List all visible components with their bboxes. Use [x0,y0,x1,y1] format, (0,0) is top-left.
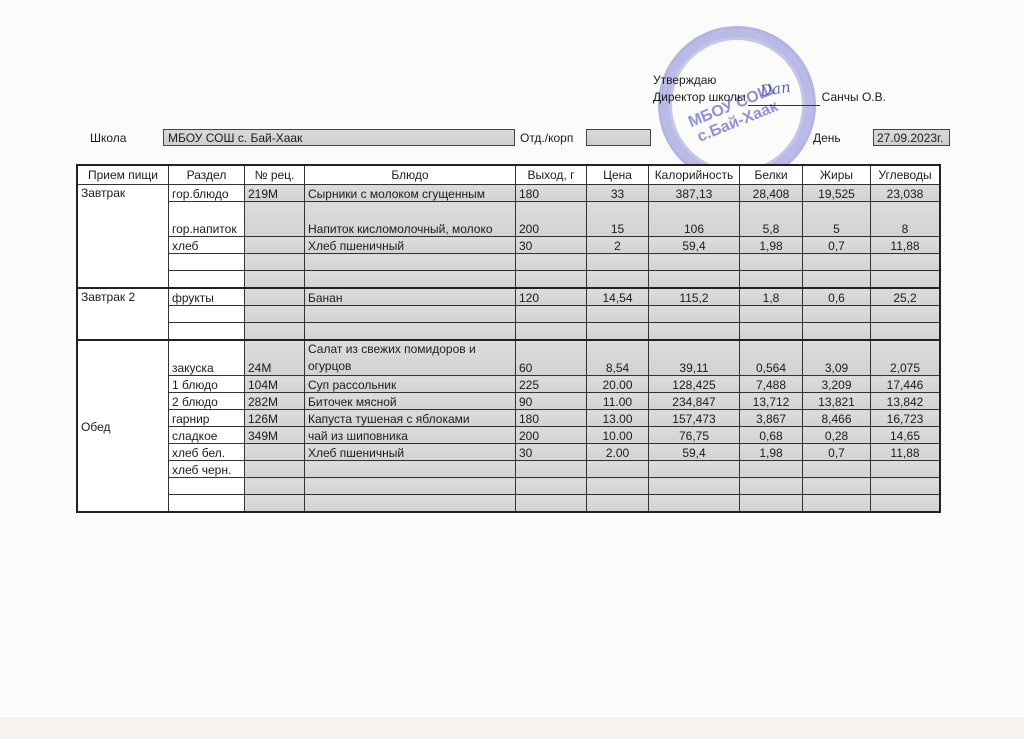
recipe-cell: 126М [245,410,305,427]
protein-cell [740,306,803,323]
yield-cell [516,306,587,323]
section-cell: сладкое [169,427,245,444]
price-cell [587,254,649,271]
yield-cell [516,478,587,495]
yield-cell [516,271,587,289]
yield-cell: 200 [516,427,587,444]
section-cell: гарнир [169,410,245,427]
recipe-cell [245,202,305,237]
protein-cell: 13,712 [740,393,803,410]
col-yield: Выход, г [516,165,587,185]
table-row [77,323,940,341]
section-cell: закуска [169,340,245,376]
carbs-cell: 11,88 [871,237,941,254]
dish-cell [305,306,516,323]
protein-cell [740,461,803,478]
kcal-cell: 39,11 [649,340,740,376]
col-recipe: № рец. [245,165,305,185]
protein-cell: 3,867 [740,410,803,427]
section-cell: хлеб [169,237,245,254]
carbs-cell: 11,88 [871,444,941,461]
kcal-cell [649,271,740,289]
yield-cell: 30 [516,444,587,461]
dept-label: Отд./корп [520,131,573,145]
meal-cell: Обед [77,340,169,512]
dish-cell: Капуста тушеная с яблоками [305,410,516,427]
recipe-cell [245,461,305,478]
table-row: 2 блюдо282МБиточек мясной9011.00234,8471… [77,393,940,410]
dish-cell: Салат из свежих помидоров и огурцов [305,340,516,376]
header-row: Школа МБОУ СОШ с. Бай-Хаак Отд./корп Ден… [0,129,1024,147]
price-cell: 13.00 [587,410,649,427]
carbs-cell: 17,446 [871,376,941,393]
section-cell [169,323,245,341]
kcal-cell: 234,847 [649,393,740,410]
carbs-cell [871,478,941,495]
price-cell [587,271,649,289]
yield-cell: 180 [516,410,587,427]
table-row: гор.напитокНапиток кисломолочный, молоко… [77,202,940,237]
kcal-cell: 157,473 [649,410,740,427]
protein-cell [740,323,803,341]
carbs-cell: 14,65 [871,427,941,444]
section-cell: хлеб бел. [169,444,245,461]
price-cell: 8,54 [587,340,649,376]
table-row: Обедзакуска24МСалат из свежих помидоров … [77,340,940,376]
section-cell [169,306,245,323]
table-row: Завтрак 2фруктыБанан12014,54115,21,80,62… [77,288,940,306]
dish-cell: Банан [305,288,516,306]
fat-cell [803,254,871,271]
fat-cell: 3,209 [803,376,871,393]
col-meal: Прием пищи [77,165,169,185]
meal-cell: Завтрак [77,185,169,289]
school-field[interactable]: МБОУ СОШ с. Бай-Хаак [163,129,515,146]
price-cell: 14,54 [587,288,649,306]
carbs-cell: 23,038 [871,185,941,202]
price-cell: 2 [587,237,649,254]
recipe-cell [245,237,305,254]
recipe-cell [245,444,305,461]
day-field[interactable]: 27.09.2023г. [873,129,950,146]
day-label: День [813,131,841,145]
price-cell [587,461,649,478]
menu-body: Завтракгор.блюдо219МСырники с молоком сг… [77,185,940,513]
fat-cell: 0,28 [803,427,871,444]
yield-cell: 180 [516,185,587,202]
table-row: Завтракгор.блюдо219МСырники с молоком сг… [77,185,940,202]
price-cell [587,495,649,513]
price-cell: 33 [587,185,649,202]
section-cell: гор.блюдо [169,185,245,202]
kcal-cell [649,478,740,495]
dish-cell: Сырники с молоком сгущенным [305,185,516,202]
protein-cell: 0,68 [740,427,803,444]
school-label: Школа [90,131,126,145]
protein-cell: 1,8 [740,288,803,306]
section-cell: 2 блюдо [169,393,245,410]
section-cell [169,254,245,271]
recipe-cell: 219М [245,185,305,202]
recipe-cell: 24М [245,340,305,376]
table-row [77,271,940,289]
recipe-cell: 282М [245,393,305,410]
protein-cell: 7,488 [740,376,803,393]
kcal-cell [649,323,740,341]
recipe-cell [245,254,305,271]
fat-cell [803,478,871,495]
fat-cell: 3,09 [803,340,871,376]
table-header-row: Прием пищи Раздел № рец. Блюдо Выход, г … [77,165,940,185]
price-cell: 20.00 [587,376,649,393]
kcal-cell [649,495,740,513]
protein-cell [740,254,803,271]
price-cell: 10.00 [587,427,649,444]
kcal-cell [649,306,740,323]
recipe-cell [245,323,305,341]
yield-cell: 200 [516,202,587,237]
table-row [77,495,940,513]
kcal-cell: 59,4 [649,444,740,461]
dish-cell [305,323,516,341]
carbs-cell: 2,075 [871,340,941,376]
protein-cell [740,495,803,513]
carbs-cell [871,254,941,271]
dish-cell: Суп рассольник [305,376,516,393]
price-cell [587,306,649,323]
yield-cell [516,461,587,478]
kcal-cell: 128,425 [649,376,740,393]
fat-cell [803,323,871,341]
dish-cell: Хлеб пшеничный [305,444,516,461]
dish-cell [305,478,516,495]
carbs-cell [871,323,941,341]
recipe-cell [245,495,305,513]
kcal-cell [649,461,740,478]
table-row [77,254,940,271]
kcal-cell: 106 [649,202,740,237]
kcal-cell: 59,4 [649,237,740,254]
section-cell: хлеб черн. [169,461,245,478]
price-cell [587,478,649,495]
dish-cell [305,495,516,513]
fat-cell: 0,7 [803,444,871,461]
col-protein: Белки [740,165,803,185]
kcal-cell: 76,75 [649,427,740,444]
table-row: хлеб черн. [77,461,940,478]
table-row: гарнир126МКапуста тушеная с яблоками1801… [77,410,940,427]
protein-cell [740,271,803,289]
dish-cell [305,271,516,289]
dept-field[interactable] [586,129,651,146]
dish-cell: Биточек мясной [305,393,516,410]
recipe-cell [245,478,305,495]
yield-cell [516,254,587,271]
carbs-cell: 25,2 [871,288,941,306]
col-dish: Блюдо [305,165,516,185]
price-cell [587,323,649,341]
protein-cell: 5,8 [740,202,803,237]
recipe-cell: 349М [245,427,305,444]
protein-cell: 28,408 [740,185,803,202]
fat-cell: 5 [803,202,871,237]
section-cell: 1 блюдо [169,376,245,393]
approval-position: Директор школы [653,89,746,106]
fat-cell [803,461,871,478]
meal-cell: Завтрак 2 [77,288,169,340]
dish-cell: Хлеб пшеничный [305,237,516,254]
kcal-cell [649,254,740,271]
table-row: хлебХлеб пшеничный30259,41,980,711,88 [77,237,940,254]
section-cell: гор.напиток [169,202,245,237]
section-cell [169,271,245,289]
fat-cell: 0,6 [803,288,871,306]
fat-cell [803,271,871,289]
yield-cell: 90 [516,393,587,410]
carbs-cell: 8 [871,202,941,237]
carbs-cell: 13,842 [871,393,941,410]
recipe-cell: 104М [245,376,305,393]
dish-cell: чай из шиповника [305,427,516,444]
price-cell: 2.00 [587,444,649,461]
menu-table: Прием пищи Раздел № рец. Блюдо Выход, г … [76,164,941,513]
protein-cell: 1,98 [740,444,803,461]
col-fat: Жиры [803,165,871,185]
section-cell: фрукты [169,288,245,306]
page-edge [0,717,1024,739]
col-kcal: Калорийность [649,165,740,185]
kcal-cell: 115,2 [649,288,740,306]
recipe-cell [245,306,305,323]
yield-cell: 120 [516,288,587,306]
fat-cell [803,495,871,513]
section-cell [169,478,245,495]
protein-cell: 0,564 [740,340,803,376]
fat-cell: 0,7 [803,237,871,254]
protein-cell [740,478,803,495]
yield-cell [516,495,587,513]
price-cell: 11.00 [587,393,649,410]
recipe-cell [245,271,305,289]
col-price: Цена [587,165,649,185]
dish-cell [305,461,516,478]
table-row: сладкое349Мчай из шиповника20010.0076,75… [77,427,940,444]
carbs-cell: 16,723 [871,410,941,427]
section-cell [169,495,245,513]
table-row: хлеб бел.Хлеб пшеничный302.0059,41,980,7… [77,444,940,461]
yield-cell [516,323,587,341]
approval-name: Санчы О.В. [822,89,886,106]
fat-cell: 8,466 [803,410,871,427]
yield-cell: 225 [516,376,587,393]
recipe-cell [245,288,305,306]
protein-cell: 1,98 [740,237,803,254]
fat-cell [803,306,871,323]
yield-cell: 60 [516,340,587,376]
fat-cell: 19,525 [803,185,871,202]
table-row: 1 блюдо104МСуп рассольник22520.00128,425… [77,376,940,393]
price-cell: 15 [587,202,649,237]
table-row [77,478,940,495]
carbs-cell [871,461,941,478]
dish-cell: Напиток кисломолочный, молоко [305,202,516,237]
kcal-cell: 387,13 [649,185,740,202]
col-carbs: Углеводы [871,165,941,185]
table-row [77,306,940,323]
dish-cell [305,254,516,271]
col-section: Раздел [169,165,245,185]
carbs-cell [871,306,941,323]
carbs-cell [871,271,941,289]
yield-cell: 30 [516,237,587,254]
fat-cell: 13,821 [803,393,871,410]
carbs-cell [871,495,941,513]
